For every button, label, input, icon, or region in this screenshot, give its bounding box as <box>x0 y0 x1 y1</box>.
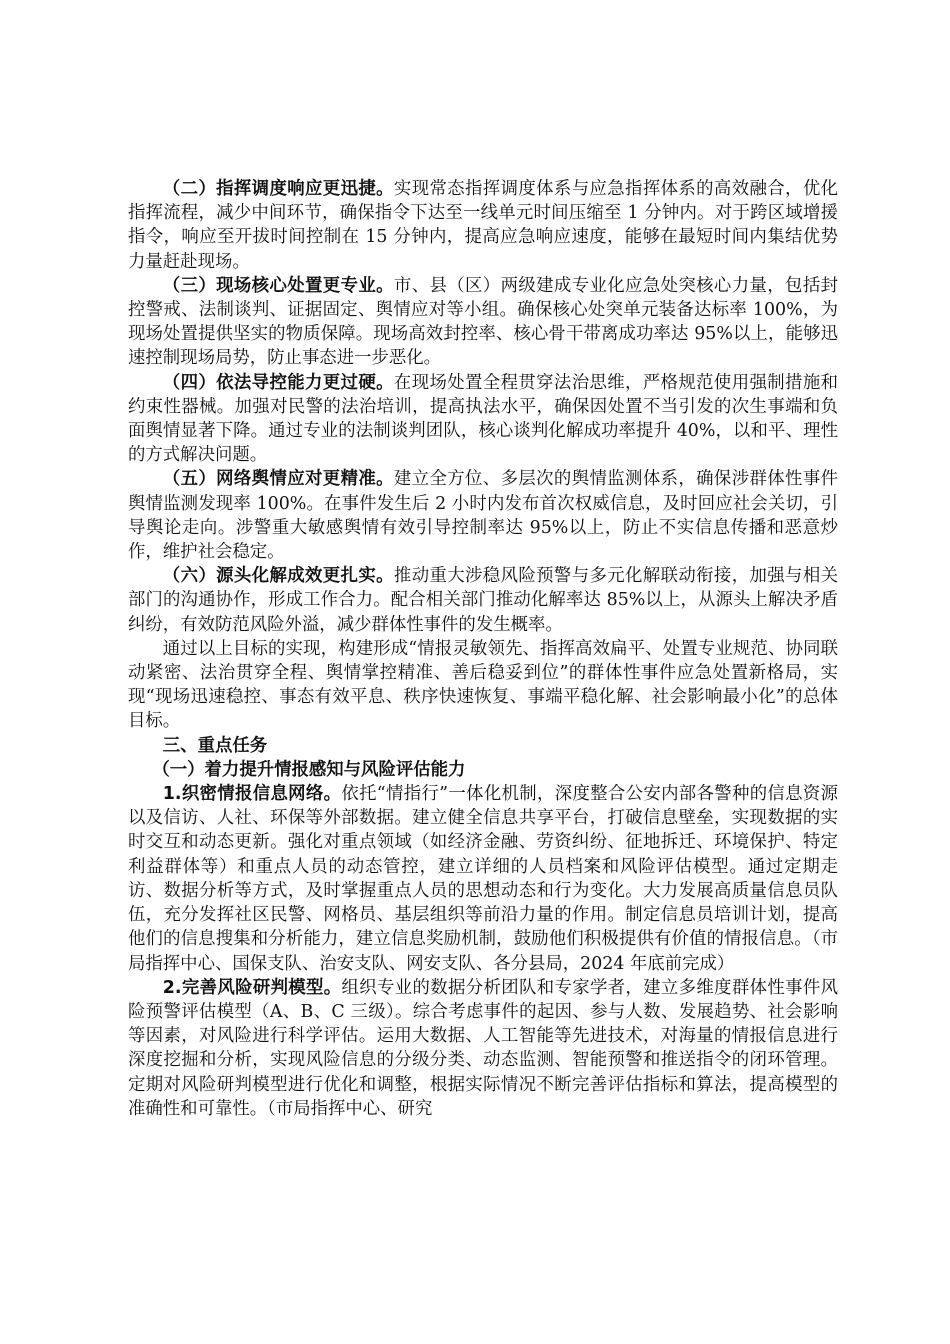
goal-title: （二）指挥调度响应更迅捷。 <box>163 179 394 199</box>
task-title: 2.完善风险研判模型。 <box>163 978 342 998</box>
subsection-heading: （一）着力提升情报感知与风险评估能力 <box>128 758 838 782</box>
goal-title: （六）源头化解成效更扎实。 <box>163 566 394 586</box>
summary-paragraph: 通过以上目标的实现，构建形成“情报灵敏领先、指挥高效扁平、处置专业规范、协同联动… <box>128 637 838 734</box>
summary-body: 通过以上目标的实现，构建形成“情报灵敏领先、指挥高效扁平、处置专业规范、协同联动… <box>128 639 838 732</box>
goal-paragraph-6: （六）源头化解成效更扎实。推动重大涉稳风险预警与多元化解联动衔接，加强与相关部门… <box>128 564 838 637</box>
task-body: 依托“情指行”一体化机制，深度整合公安内部各警种的信息资源以及信访、人社、环保等… <box>128 784 838 973</box>
task-paragraph-2: 2.完善风险研判模型。组织专业的数据分析团队和专家学者，建立多维度群体性事件风险… <box>128 976 838 1121</box>
task-body: 组织专业的数据分析团队和专家学者，建立多维度群体性事件风险预警评估模型（A、B、… <box>128 978 838 1119</box>
goal-title: （四）依法导控能力更过硬。 <box>163 373 394 393</box>
document-page: （二）指挥调度响应更迅捷。实现常态指挥调度体系与应急指挥体系的高效融合，优化指挥… <box>128 177 838 1121</box>
section-heading: 三、重点任务 <box>128 734 838 758</box>
goal-paragraph-3: （三）现场核心处置更专业。市、县（区）两级建成专业化应急处突核心力量，包括封控警… <box>128 274 838 371</box>
task-title: 1.织密情报信息网络。 <box>163 784 342 804</box>
goal-paragraph-5: （五）网络舆情应对更精准。建立全方位、多层次的舆情监测体系，确保涉群体性事件舆情… <box>128 467 838 564</box>
goal-paragraph-4: （四）依法导控能力更过硬。在现场处置全程贯穿法治思维，严格规范使用强制措施和约束… <box>128 371 838 468</box>
task-paragraph-1: 1.织密情报信息网络。依托“情指行”一体化机制，深度整合公安内部各警种的信息资源… <box>128 782 838 976</box>
goal-paragraph-2: （二）指挥调度响应更迅捷。实现常态指挥调度体系与应急指挥体系的高效融合，优化指挥… <box>128 177 838 274</box>
goal-title: （五）网络舆情应对更精准。 <box>163 469 394 489</box>
goal-title: （三）现场核心处置更专业。 <box>163 276 394 296</box>
